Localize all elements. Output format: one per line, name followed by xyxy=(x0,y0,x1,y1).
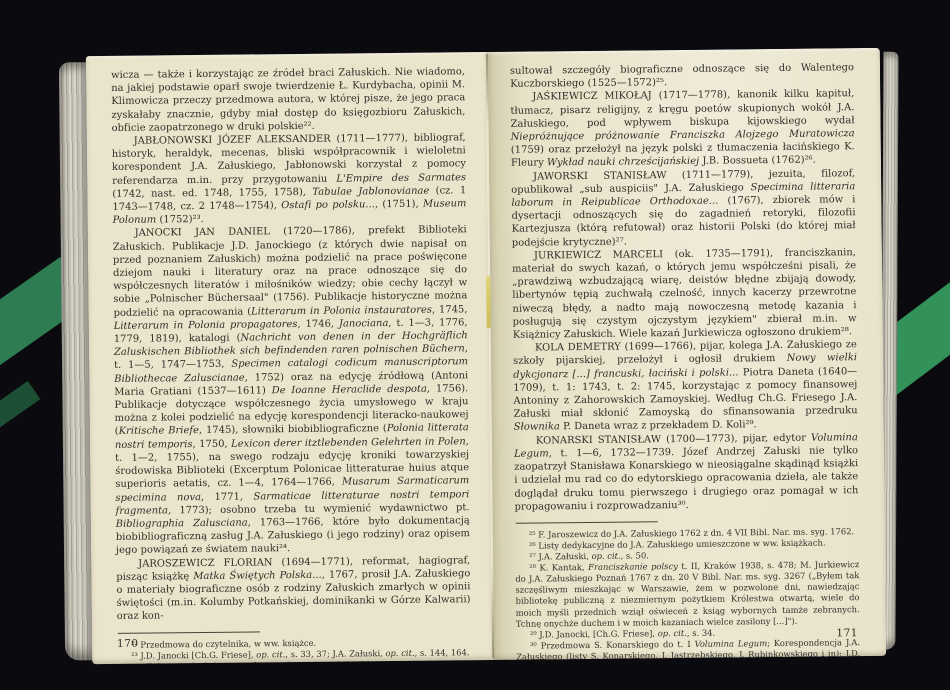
green-cover-shadow-left xyxy=(0,381,40,437)
page-number-right: 171 xyxy=(836,627,858,639)
right-page-footnotes: ²⁵ F. Jaroszewicz do J.A. Załuskiego 176… xyxy=(515,526,860,660)
page-number-left: 170 xyxy=(117,638,139,650)
paragraph: JAŚKIEWICZ MIKOŁAJ (1717—1778), kanonik … xyxy=(510,88,855,171)
paragraph: KOLA DEMETRY (1699—1766), pijar, kolega … xyxy=(513,338,858,434)
paragraph: JAWORSKI STANISŁAW (1711—1779), jezuita,… xyxy=(511,167,856,250)
left-page-footnotes: ²² Przedmowa do czytelnika, w ww. książc… xyxy=(117,636,471,664)
left-page-text: wicza — także i korzystając ze źródeł br… xyxy=(111,65,471,623)
paragraph: JURKIEWICZ MARCELI (ok. 1735—1791), fran… xyxy=(512,246,857,342)
footnote-separator xyxy=(118,631,260,633)
left-page: wicza — także i korzystając ze źródeł br… xyxy=(86,52,493,664)
footnote: ³⁰ Przedmowa S. Konarskiego do t. I Volu… xyxy=(516,637,860,660)
footnote: ²⁸ K. Kantak, Franciszkanie polscy t. II… xyxy=(515,559,860,629)
paragraph: wicza — także i korzystając ze źródeł br… xyxy=(111,65,466,135)
paragraph: sultował szczegóły biograficzne odnosząc… xyxy=(510,61,854,91)
paragraph: JANOCKI JAN DANIEL (1720—1786), prefekt … xyxy=(113,224,470,558)
footnote-separator xyxy=(516,521,658,523)
open-book: wicza — także i korzystając ze źródeł br… xyxy=(59,40,919,671)
paragraph: KONARSKI STANISŁAW (1700—1773), pijar, e… xyxy=(514,431,859,514)
right-page: sultował szczegóły biograficzne odnosząc… xyxy=(487,48,886,660)
left-page-content: wicza — także i korzystając ze źródeł br… xyxy=(86,52,493,664)
right-page-text: sultował szczegóły biograficzne odnosząc… xyxy=(510,61,859,513)
bookmark-ribbon xyxy=(486,276,491,328)
photo-background: wicza — także i korzystając ze źródeł br… xyxy=(0,0,950,690)
paragraph: JAROSZEWICZ FLORIAN (1694—1771), reforma… xyxy=(116,554,471,624)
right-page-content: sultował szczegóły biograficzne odnosząc… xyxy=(487,48,886,660)
paragraph: JABŁONOWSKI JÓZEF ALEKSANDER (1711—1777)… xyxy=(112,131,467,227)
